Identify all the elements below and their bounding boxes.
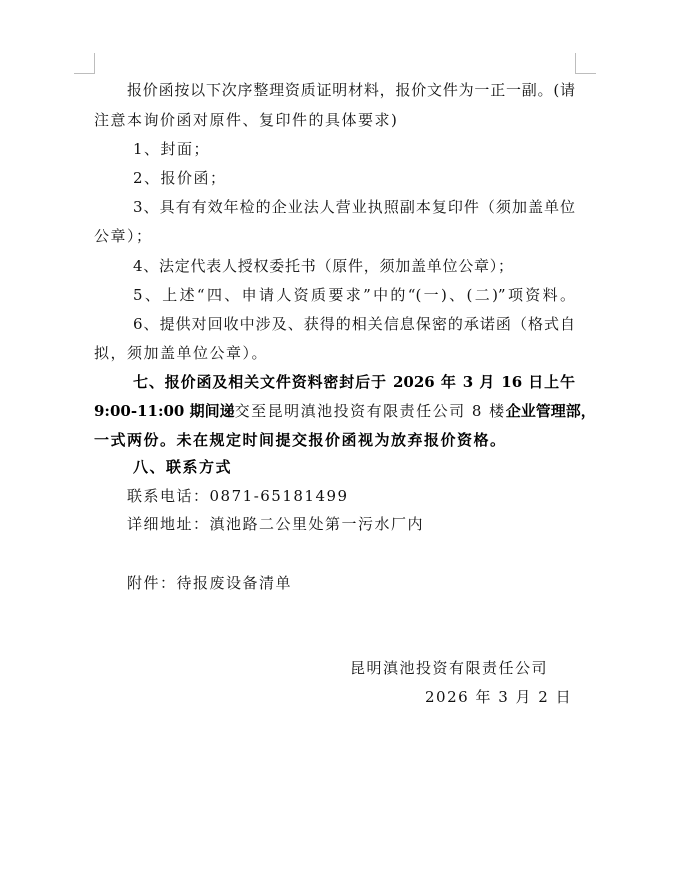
contact-address-value: 滇池路二公里处第一污水厂内 (210, 515, 425, 533)
attachment-value: 待报废设备清单 (177, 574, 293, 592)
section-7-department: 企业管理部， (506, 402, 596, 420)
list-item-5: 5、上述“四、申请人资质要求”中的“(一)、(二)”项资料。 (133, 285, 575, 305)
contact-phone-value: 0871-65181499 (210, 487, 349, 505)
list-item-3-continuation: 公章）； (94, 226, 153, 246)
section-7-line-2: 9:00-11:00 期间递交至昆明滇池投资有限责任公司 8 楼企业管理部， (94, 401, 575, 421)
list-item-4: 4、法定代表人授权委托书（原件，须加盖单位公章）； (133, 256, 513, 276)
attachment-label: 附件： (127, 574, 177, 592)
section-7-line-1: 七、报价函及相关文件资料密封后于 2026 年 3 月 16 日上午 (133, 372, 575, 392)
contact-address-label: 详细地址： (127, 515, 210, 533)
document-page: 报价函按以下次序整理资质证明材料，报价文件为一正一副。(请 注意本询价函对原件、… (0, 0, 675, 875)
list-item-2: 2、报价函； (133, 168, 227, 188)
crop-mark-top-right-horizontal (575, 73, 596, 74)
contact-address: 详细地址：滇池路二公里处第一污水厂内 (127, 514, 424, 534)
list-item-6: 6、提供对回收中涉及、获得的相关信息保密的承诺函（格式自 (133, 314, 575, 334)
section-7-line-3: 一式两份。未在规定时间提交报价函视为放弃报价资格。 (94, 430, 507, 450)
section-7-location: 交至昆明滇池投资有限责任公司 8 楼 (235, 402, 506, 420)
attachment-line: 附件：待报废设备清单 (127, 573, 292, 593)
intro-line-1: 报价函按以下次序整理资质证明材料，报价文件为一正一副。(请 (127, 80, 575, 100)
contact-phone: 联系电话：0871-65181499 (127, 486, 349, 506)
intro-line-2: 注意本询价函对原件、复印件的具体要求) (94, 110, 398, 130)
section-7-time-range: 9:00-11:00 期间递 (94, 402, 235, 420)
signature-company: 昆明滇池投资有限责任公司 (350, 658, 548, 678)
crop-mark-top-left-vertical (94, 53, 95, 74)
crop-mark-top-right-vertical (575, 53, 576, 74)
crop-mark-top-left-horizontal (74, 73, 95, 74)
contact-phone-label: 联系电话： (127, 487, 210, 505)
list-item-3: 3、具有有效年检的企业法人营业执照副本复印件（须加盖单位 (133, 197, 575, 217)
signature-date: 2026 年 3 月 2 日 (425, 687, 572, 707)
section-8-heading: 八、联系方式 (133, 457, 232, 477)
list-item-6-continuation: 拟，须加盖单位公章）。 (94, 343, 268, 363)
list-item-1: 1、封面； (133, 139, 210, 159)
